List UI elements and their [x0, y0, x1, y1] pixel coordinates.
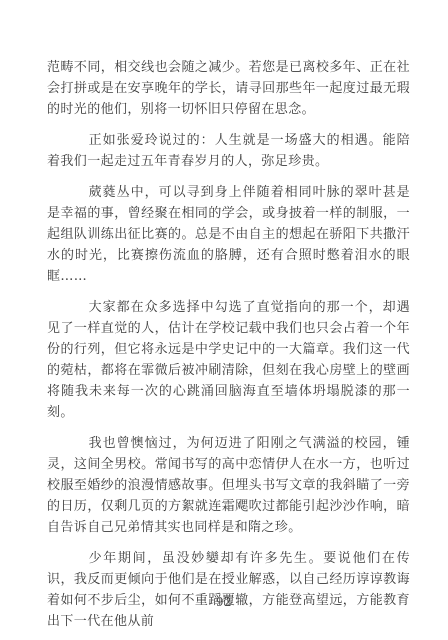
- paragraph: 我也曾懊恼过，为何迈进了阳刚之气满溢的校园，锺灵，这间全男校。常闻书写的高中恋情…: [47, 433, 410, 538]
- page-footer: 92: [0, 591, 448, 610]
- paragraph: 少年期间，虽没妙孌却有许多先生。要说他们在传识，我反而更倾向于他们是在授业解惑，…: [47, 548, 410, 632]
- text-body: 范畴不同，相交线也会随之减少。若您是已离校多年、正在社会打拼或是在安享晚年的学长…: [47, 57, 410, 632]
- paragraph: 葳蕤丛中，可以寻到身上伴随着相同叶脉的翠叶甚是是幸福的事，曾经聚在相同的学会，或…: [47, 182, 410, 287]
- paragraph: 范畴不同，相交线也会随之减少。若您是已离校多年、正在社会打拼或是在安享晚年的学长…: [47, 57, 410, 120]
- document-page: 范畴不同，相交线也会随之减少。若您是已离校多年、正在社会打拼或是在安享晚年的学长…: [0, 0, 448, 640]
- page-number: 92: [216, 595, 232, 609]
- paragraph: 正如张爱玲说过的：人生就是一场盛大的相遇。能陪着我们一起走过五年青春岁月的人，弥…: [47, 130, 410, 172]
- paragraph: 大家都在众多选择中勾选了直觉指向的那一个，却遇见了一样直觉的人，估计在学校记载中…: [47, 297, 410, 423]
